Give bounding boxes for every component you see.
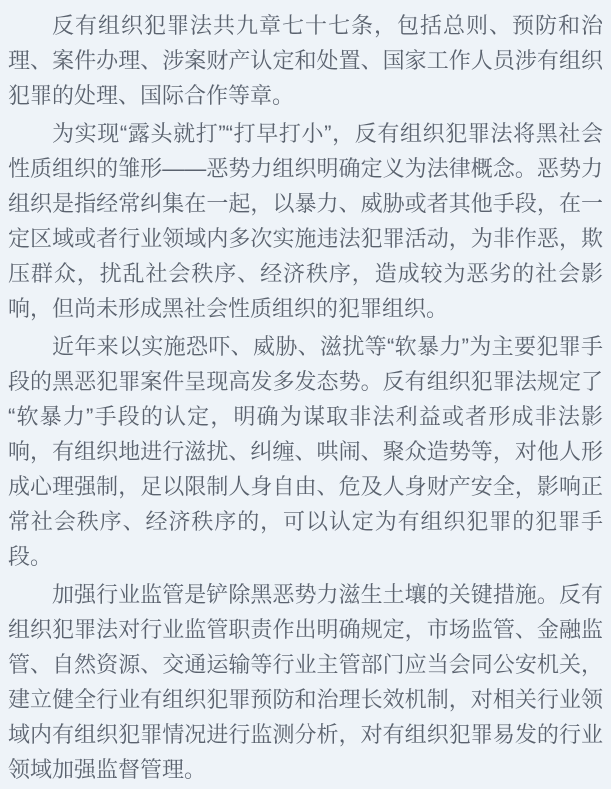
paragraph-soft-violence: 近年来以实施恐吓、威胁、滋扰等“软暴力”为主要犯罪手段的黑恶犯罪案件呈现高发多发… [8, 329, 603, 574]
paragraph-law-structure: 反有组织犯罪法共九章七十七条，包括总则、预防和治理、案件办理、涉案财产认定和处置… [8, 8, 603, 113]
paragraph-evil-forces-definition: 为实现“露头就打”“打早打小”，反有组织犯罪法将黑社会性质组织的雏形——恶势力组… [8, 116, 603, 326]
article-body: 反有组织犯罪法共九章七十七条，包括总则、预防和治理、案件办理、涉案财产认定和处置… [0, 0, 611, 787]
paragraph-industry-supervision: 加强行业监管是铲除黑恶势力滋生土壤的关键措施。反有组织犯罪法对行业监管职责作出明… [8, 577, 603, 787]
